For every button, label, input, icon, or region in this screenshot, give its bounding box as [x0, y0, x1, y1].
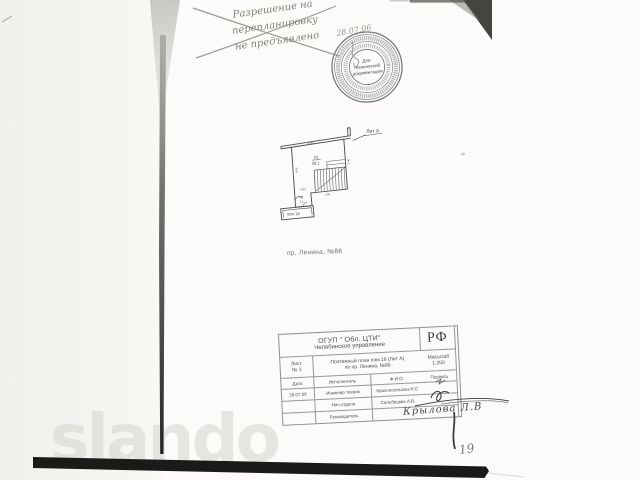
scale-cell: Масштаб 1:200: [421, 349, 457, 372]
watermark: slando: [50, 400, 278, 477]
plan-premise-label: пом 18: [287, 211, 301, 217]
address-label: пр. Ленина, №86: [287, 248, 343, 257]
stamp-text-line1: Для: [362, 58, 371, 64]
plan-room-number: 19: [313, 154, 318, 159]
round-stamp: Для технической документации: [328, 28, 406, 106]
sheet-number-cell: Лист № 1: [280, 356, 314, 379]
plan-dim-top: 6.40: [308, 141, 314, 145]
scale-value: 1:200: [432, 360, 445, 367]
scan-bottom-tail: [488, 473, 524, 477]
floor-plan: Лит А 19 38.1 18 7.1 пом 18 6.40 6.45 4.…: [262, 125, 412, 245]
signature-down-stroke: [453, 412, 455, 449]
plan-dim-bottom: 1.90: [324, 192, 330, 196]
plan-building-label: Лит А: [366, 128, 380, 135]
empty-cell: [283, 412, 316, 425]
scanned-document-page: slando Разрешение на перепланировку не п…: [0, 0, 640, 480]
role-director-cell: Руководитель: [316, 409, 373, 423]
plan-dim-right: 2.40: [346, 158, 350, 164]
scan-corner-shadow: [463, 0, 492, 40]
plan-room-area: 38.1: [312, 160, 321, 165]
page-number: 19: [458, 441, 475, 457]
sheet-value: № 1: [292, 367, 302, 374]
scan-corner-soft: [449, 0, 480, 21]
scan-top-edge: [410, 0, 465, 3]
scan-speck: [461, 153, 465, 156]
plan-title-line2: по пр. Ленина, №86: [345, 363, 391, 372]
plan-dim-left: 6.45: [294, 167, 298, 173]
rf-code-cell: РФ: [420, 326, 456, 351]
plan-dim-mid: 4.04: [300, 187, 306, 191]
plan-small-room-area: 7.1: [299, 200, 304, 204]
